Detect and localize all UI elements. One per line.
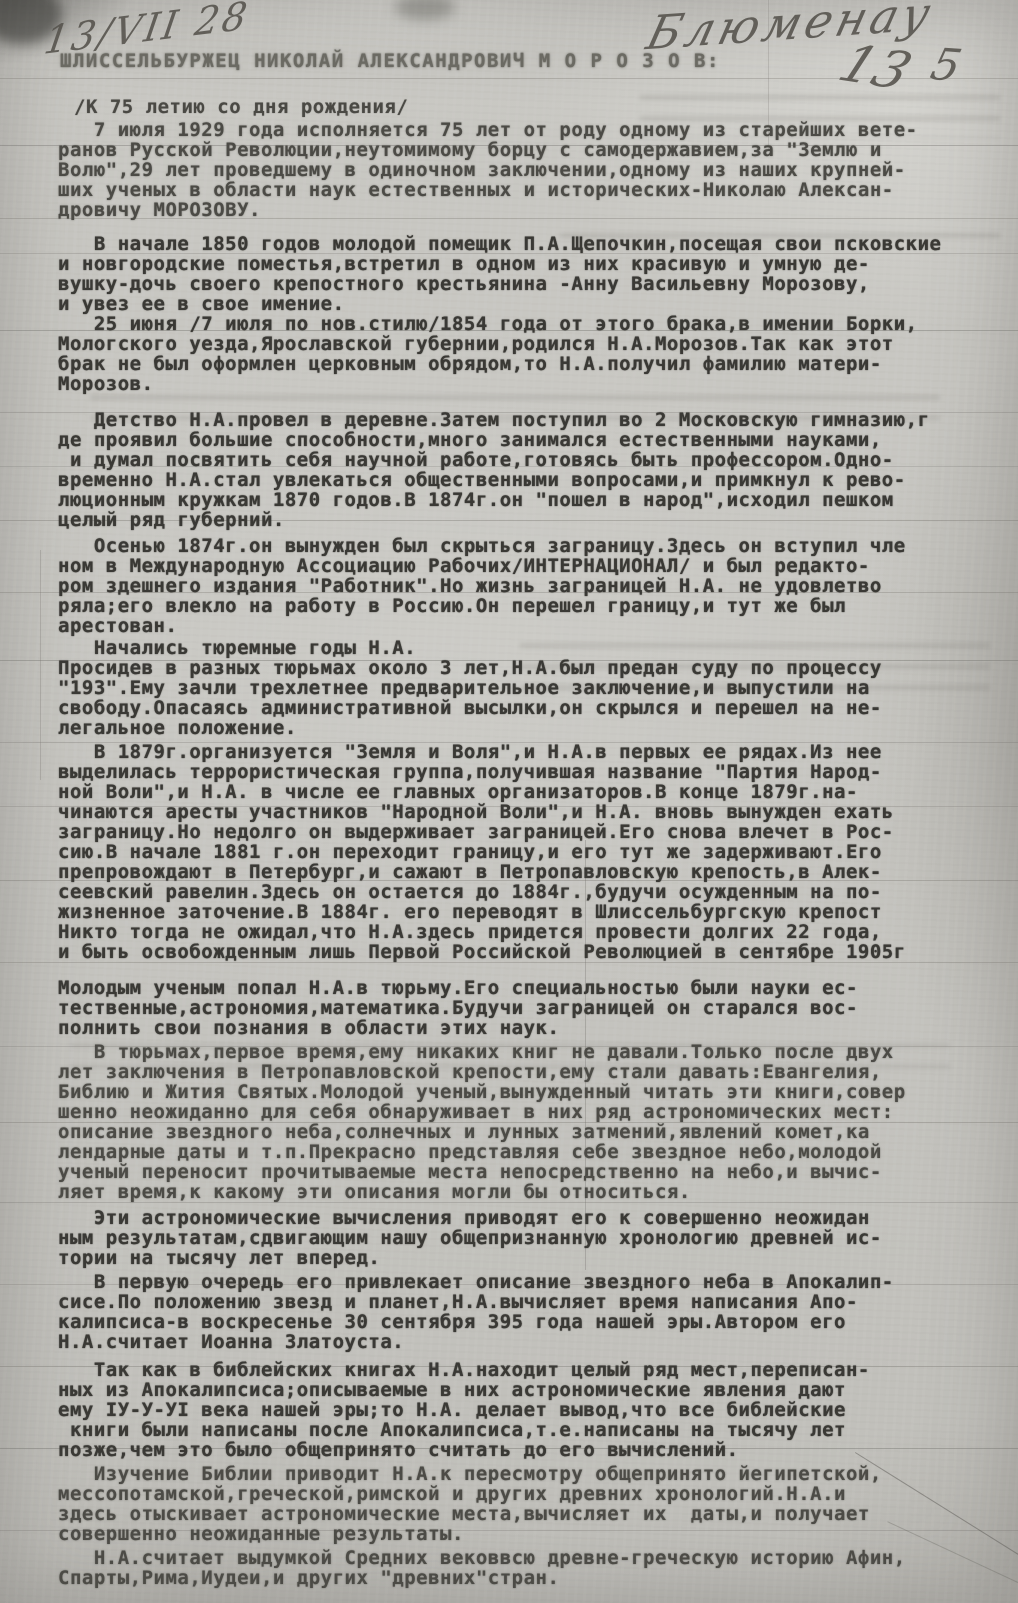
scanned-document-page: 13/VII 28 Блюменау 13 5 ШЛИССЕЛЬБУРЖЕЦ Н… bbox=[0, 0, 1018, 1603]
scan-shadow bbox=[395, 0, 455, 20]
document-body: 7 июля 1929 года исполняется 75 лет от р… bbox=[58, 120, 1006, 1588]
paragraph: Эти астрономические вычисления приводят … bbox=[58, 1208, 1006, 1268]
paragraph: 7 июля 1929 года исполняется 75 лет от р… bbox=[58, 120, 1006, 220]
paragraph: Так как в библейских книгах Н.А.находит … bbox=[58, 1360, 1006, 1460]
paragraph: В тюрьмах,первое время,ему никаких книг … bbox=[58, 1042, 1006, 1202]
paragraph: Детство Н.А.провел в деревне.Затем посту… bbox=[58, 410, 1006, 530]
paragraph: В 1879г.организуется "Земля и Воля",и Н.… bbox=[58, 742, 1006, 962]
document-subtitle: /К 75 летию со дня рождения/ bbox=[74, 96, 408, 118]
paragraph: Осенью 1874г.он вынужден был скрыться за… bbox=[58, 536, 1006, 636]
paragraph: 25 июня /7 июля по нов.стилю/1854 года о… bbox=[58, 314, 1006, 394]
paragraph: Начались тюремные годы Н.А. Просидев в р… bbox=[58, 638, 1006, 738]
paragraph: Молодым ученым попал Н.А.в тюрьму.Его сп… bbox=[58, 978, 1006, 1038]
paragraph: В первую очередь его привлекает описание… bbox=[58, 1272, 1006, 1352]
handwritten-page-number: 5 bbox=[926, 39, 966, 91]
document-title: ШЛИССЕЛЬБУРЖЕЦ НИКОЛАЙ АЛЕКСАНДРОВИЧ М О… bbox=[60, 50, 720, 72]
paragraph: Изучение Библии приводит Н.А.к пересмотр… bbox=[58, 1464, 1006, 1544]
paragraph: В начале 1850 годов молодой помещик П.А.… bbox=[58, 234, 1006, 314]
crease-line bbox=[40, 550, 41, 780]
paragraph: Н.А.считает выдумкой Средних вековвсю др… bbox=[58, 1548, 1006, 1588]
